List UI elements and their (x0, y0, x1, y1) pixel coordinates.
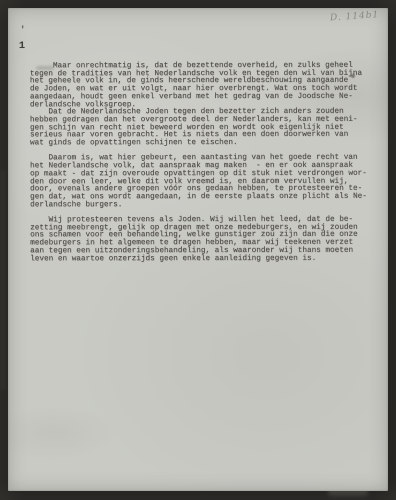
scan-frame-streak (0, 170, 6, 390)
paragraph: Wij protesteeren tevens als Joden. Wij w… (30, 217, 382, 264)
pencil-annotation: D. 114b1 (330, 9, 396, 24)
paragraph: Daarom is, wat hier gebeurt, een aantast… (30, 155, 382, 210)
page-number-mark: ' (20, 25, 25, 35)
scanned-document: D. 114b1 ' 1 Maar onrechtmatig is, dat d… (0, 0, 396, 500)
paragraph: Dat de Nederlandsche Joden tegen den bez… (30, 109, 382, 148)
paper-page: D. 114b1 ' 1 Maar onrechtmatig is, dat d… (8, 8, 388, 491)
typewritten-text: Maar onrechtmatig is, dat de bezettende … (30, 63, 382, 264)
page-number: 1 (19, 41, 25, 52)
paragraph: Maar onrechtmatig is, dat de bezettende … (30, 63, 382, 110)
